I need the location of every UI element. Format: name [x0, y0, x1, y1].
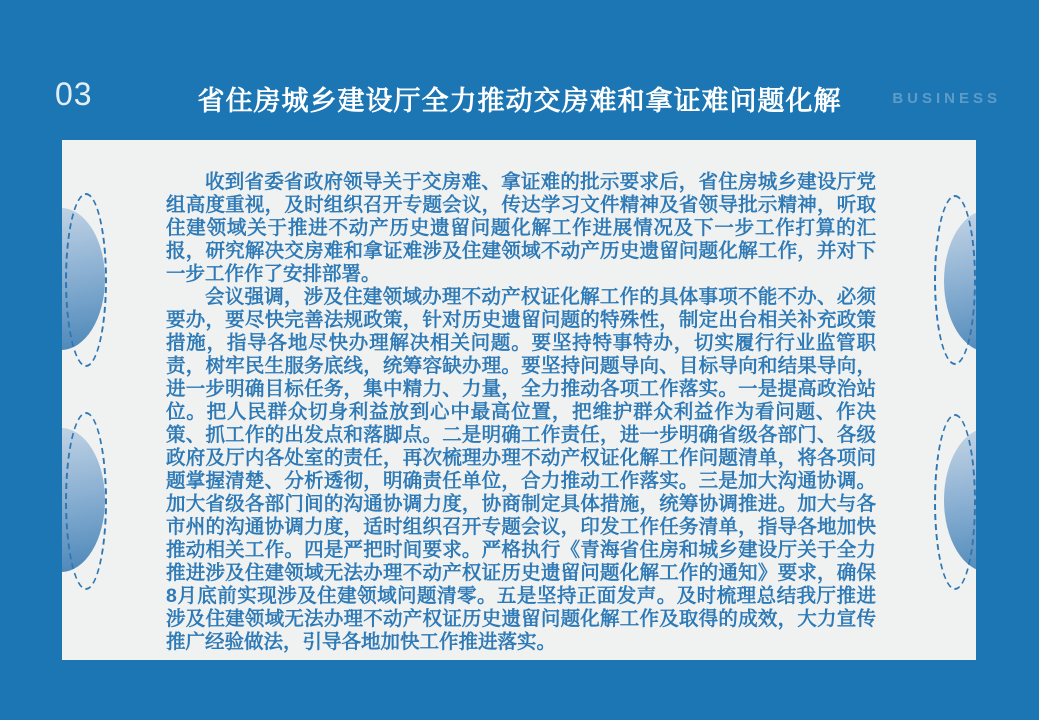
- slide-background: { "slide": { "section_number": "03", "ti…: [0, 0, 1039, 720]
- section-number: 03: [55, 76, 93, 113]
- paragraph-1: 收到省委省政府领导关于交房难、拿证难的批示要求后，省住房城乡建设厅党组高度重视，…: [166, 171, 876, 286]
- slide-title: 省住房城乡建设厅全力推动交房难和拿证难问题化解: [120, 79, 919, 118]
- decoration-ellipse-right-top-dashed: [934, 195, 976, 365]
- decoration-ellipse-left-top-dashed: [65, 193, 107, 367]
- paragraph-2: 会议强调，涉及住建领域办理不动产权证化解工作的具体事项不能不办、必须要办，要尽快…: [166, 286, 876, 654]
- decoration-ellipse-right-bottom-dashed: [934, 414, 976, 590]
- slide: 03 省住房城乡建设厅全力推动交房难和拿证难问题化解 BUSINESS 收到省委…: [0, 0, 1039, 720]
- content-card: 收到省委省政府领导关于交房难、拿证难的批示要求后，省住房城乡建设厅党组高度重视，…: [62, 140, 976, 660]
- business-watermark: BUSINESS: [892, 90, 1001, 107]
- decoration-ellipse-left-bottom-dashed: [65, 412, 107, 590]
- body-text: 收到省委省政府领导关于交房难、拿证难的批示要求后，省住房城乡建设厅党组高度重视，…: [166, 171, 876, 654]
